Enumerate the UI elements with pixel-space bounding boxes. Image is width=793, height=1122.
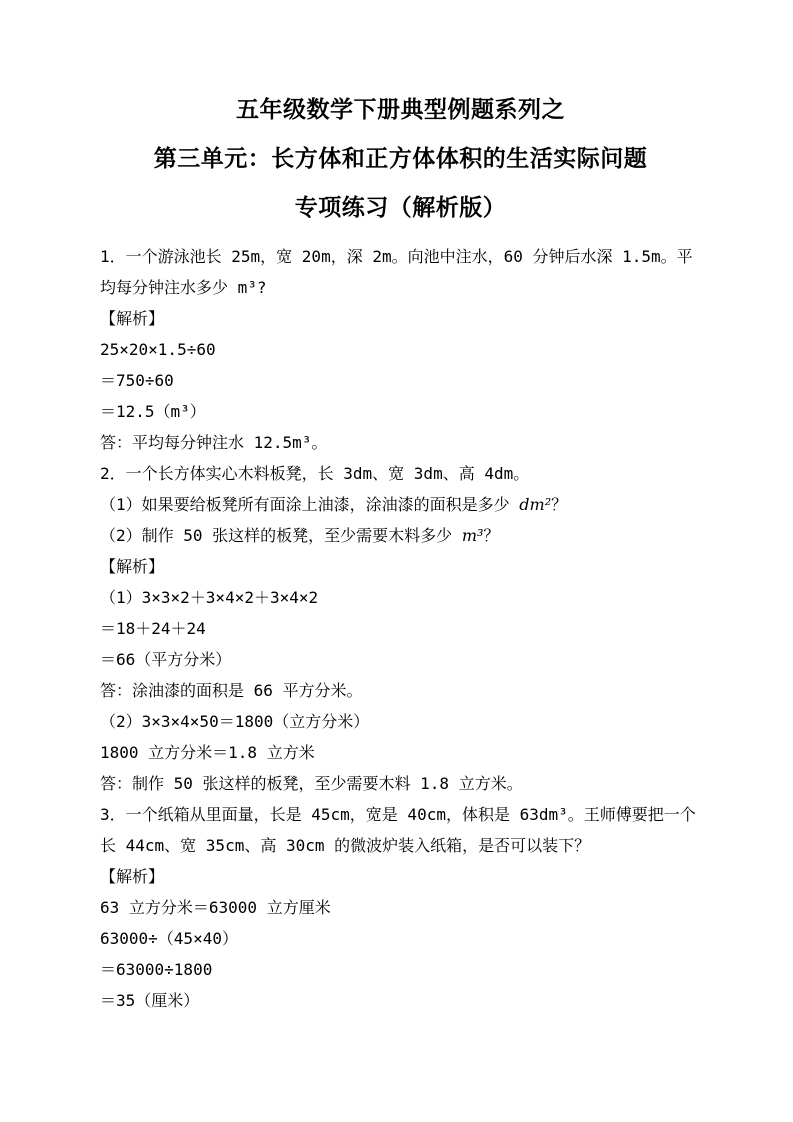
text-run: 答：涂油漆的面积是 66 平方分米。 <box>100 681 363 700</box>
text-line: 答：涂油漆的面积是 66 平方分米。 <box>100 675 701 706</box>
text-run: （1）3×3×2＋3×4×2＋3×4×2 <box>100 588 318 607</box>
text-run: （2）3×3×4×50＝1800（立方分米） <box>100 712 369 731</box>
text-run: 【解析】 <box>100 867 164 886</box>
text-run: ？ <box>551 495 567 514</box>
text-line: 63000÷（45×40） <box>100 923 701 954</box>
text-run: ＝63000÷1800 <box>100 960 212 979</box>
text-run: ＝66（平方分米） <box>100 650 231 669</box>
title-line: 第三单元：长方体和正方体体积的生活实际问题 <box>100 135 701 184</box>
math-unit: dm² <box>519 495 551 514</box>
text-line: ＝35（厘米） <box>100 985 701 1016</box>
text-run: （1）如果要给板凳所有面涂上油漆，涂油漆的面积是多少 <box>100 495 519 514</box>
text-run: 1800 立方分米＝1.8 立方米 <box>100 743 315 762</box>
text-line: （2）3×3×4×50＝1800（立方分米） <box>100 706 701 737</box>
text-run: ？ <box>483 526 499 545</box>
text-line: ＝750÷60 <box>100 365 701 396</box>
text-line: 63 立方分米＝63000 立方厘米 <box>100 892 701 923</box>
text-line: 1800 立方分米＝1.8 立方米 <box>100 737 701 768</box>
text-run: 答：平均每分钟注水 12.5m³。 <box>100 433 327 452</box>
text-line: 【解析】 <box>100 551 701 582</box>
text-run: ＝18＋24＋24 <box>100 619 206 638</box>
text-line: 1．一个游泳池长 25m，宽 20m，深 2m。向池中注水，60 分钟后水深 1… <box>100 241 701 303</box>
text-line: ＝63000÷1800 <box>100 954 701 985</box>
text-line: 答：平均每分钟注水 12.5m³。 <box>100 427 701 458</box>
text-line: 答：制作 50 张这样的板凳，至少需要木料 1.8 立方米。 <box>100 768 701 799</box>
text-line: ＝66（平方分米） <box>100 644 701 675</box>
text-line: （1）如果要给板凳所有面涂上油漆，涂油漆的面积是多少 dm²？ <box>100 489 701 520</box>
text-line: 25×20×1.5÷60 <box>100 334 701 365</box>
text-run: （2）制作 50 张这样的板凳，至少需要木料多少 <box>100 526 462 545</box>
text-line: 【解析】 <box>100 861 701 892</box>
title-line: 五年级数学下册典型例题系列之 <box>100 86 701 135</box>
text-run: 25×20×1.5÷60 <box>100 340 216 359</box>
text-run: ＝35（厘米） <box>100 991 199 1010</box>
text-line: 2．一个长方体实心木料板凳，长 3dm、宽 3dm、高 4dm。 <box>100 458 701 489</box>
text-run: 1．一个游泳池长 25m，宽 20m，深 2m。向池中注水，60 分钟后水深 1… <box>100 247 693 297</box>
text-line: （2）制作 50 张这样的板凳，至少需要木料多少 m³？ <box>100 520 701 551</box>
text-run: 63000÷（45×40） <box>100 929 238 948</box>
title-line: 专项练习（解析版） <box>100 184 701 233</box>
text-run: 【解析】 <box>100 309 164 328</box>
text-run: 2．一个长方体实心木料板凳，长 3dm、宽 3dm、高 4dm。 <box>100 464 529 483</box>
text-line: （1）3×3×2＋3×4×2＋3×4×2 <box>100 582 701 613</box>
math-unit: m³ <box>462 526 484 545</box>
text-run: 3．一个纸箱从里面量，长是 45cm，宽是 40cm，体积是 63dm³。王师傅… <box>100 805 696 855</box>
text-run: ＝12.5（m³） <box>100 402 206 421</box>
text-run: 63 立方分米＝63000 立方厘米 <box>100 898 331 917</box>
document-title: 五年级数学下册典型例题系列之第三单元：长方体和正方体体积的生活实际问题专项练习（… <box>100 86 701 233</box>
text-run: 【解析】 <box>100 557 164 576</box>
document-body: 1．一个游泳池长 25m，宽 20m，深 2m。向池中注水，60 分钟后水深 1… <box>100 241 701 1016</box>
text-line: 3．一个纸箱从里面量，长是 45cm，宽是 40cm，体积是 63dm³。王师傅… <box>100 799 701 861</box>
text-run: 答：制作 50 张这样的板凳，至少需要木料 1.8 立方米。 <box>100 774 523 793</box>
text-line: ＝18＋24＋24 <box>100 613 701 644</box>
document-page: 五年级数学下册典型例题系列之第三单元：长方体和正方体体积的生活实际问题专项练习（… <box>0 0 793 1122</box>
text-run: ＝750÷60 <box>100 371 174 390</box>
text-line: ＝12.5（m³） <box>100 396 701 427</box>
text-line: 【解析】 <box>100 303 701 334</box>
